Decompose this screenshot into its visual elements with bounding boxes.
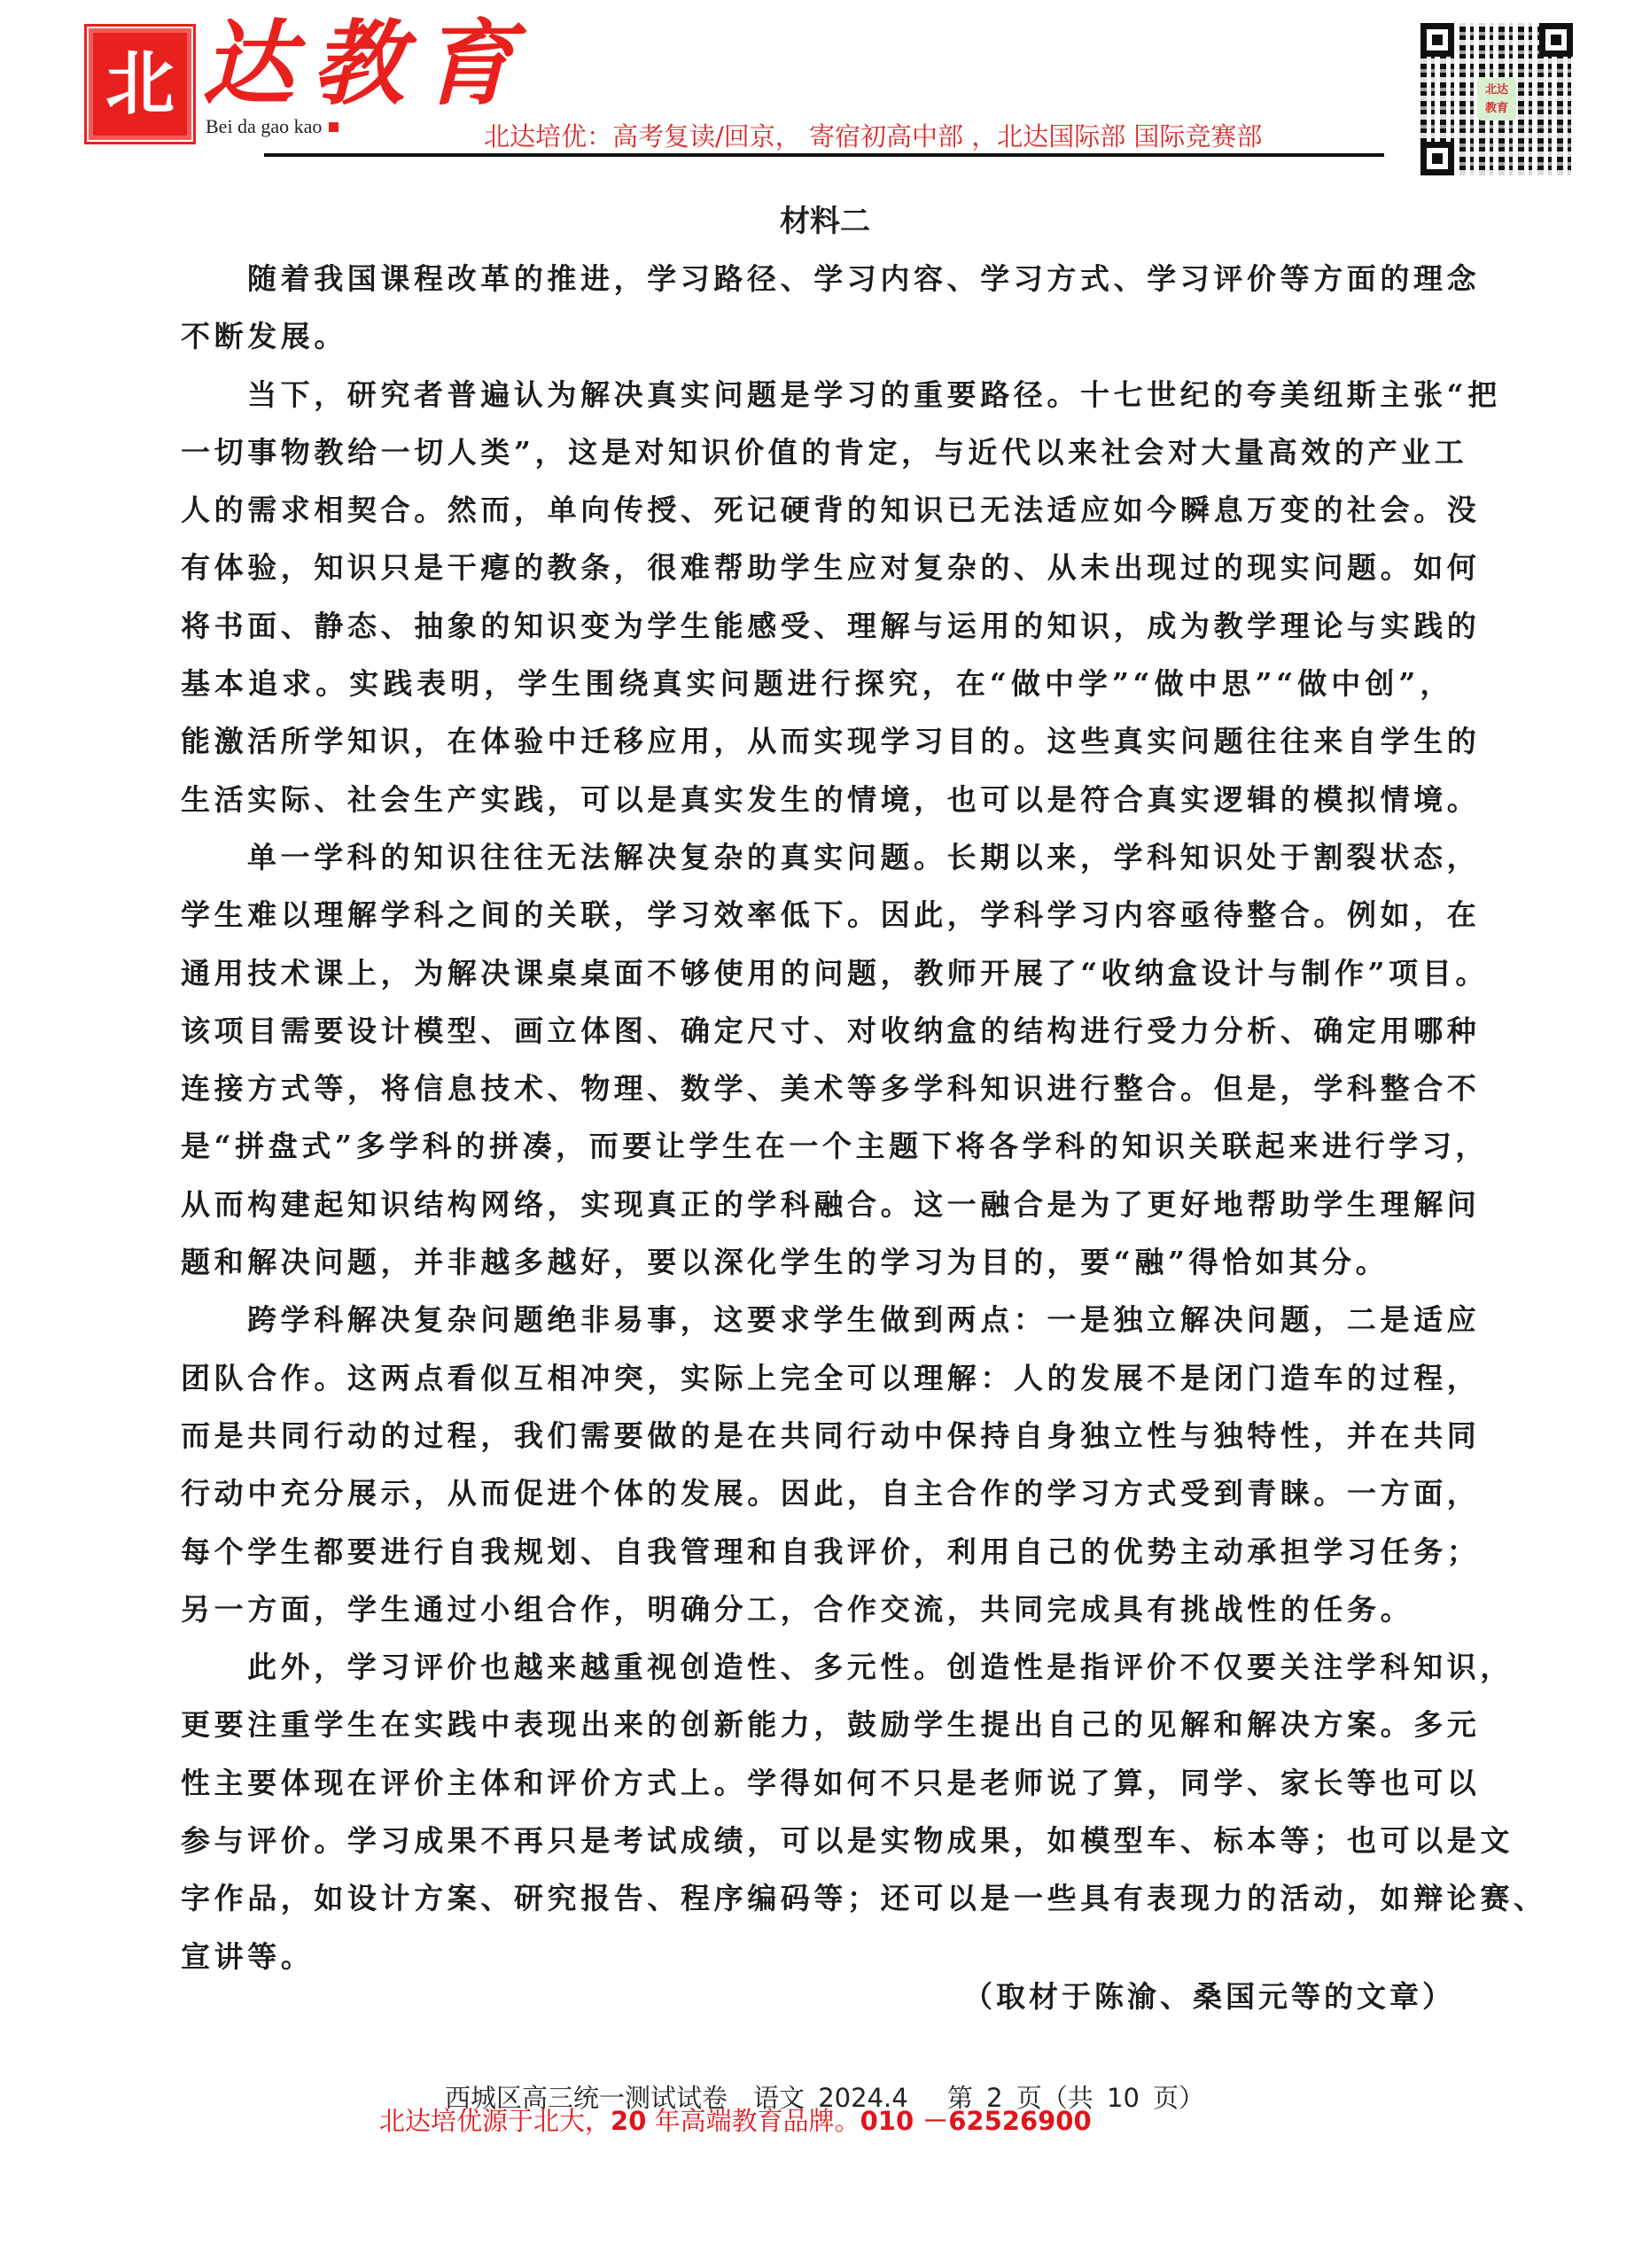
source-citation: （取材于陈渝、桑国元等的文章）	[963, 1974, 1455, 2016]
text-line: 跨学科解决复杂问题绝非易事，这要求学生做到两点：一是独立解决问题，二是适应	[181, 1291, 1453, 1348]
text-line: 性主要体现在评价主体和评价方式上。学得如何不只是老师说了算，同学、家长等也可以	[181, 1754, 1453, 1812]
text-line: 不断发展。	[181, 307, 1453, 365]
text-line: 从而构建起知识结构网络，实现真正的学科融合。这一融合是为了更好地帮助学生理解问	[181, 1176, 1453, 1233]
text-line: 学生难以理解学科之间的关联，学习效率低下。因此，学科学习内容亟待整合。例如，在	[181, 886, 1453, 944]
text-line: 团队合作。这两点看似互相冲突，实际上完全可以理解：人的发展不是闭门造车的过程，	[181, 1349, 1453, 1407]
text-line: 每个学生都要进行自我规划、自我管理和自我评价，利用自己的优势主动承担学习任务；	[181, 1523, 1453, 1581]
paragraph-4: 跨学科解决复杂问题绝非易事，这要求学生做到两点：一是独立解决问题，二是适应 团队…	[181, 1291, 1453, 1638]
promo-prefix: 北达培优源于北大，	[379, 2106, 611, 2136]
text-line: 将书面、静态、抽象的知识变为学生能感受、理解与运用的知识，成为教学理论与实践的	[181, 597, 1453, 655]
text-line: 题和解决问题，并非越多越好，要以深化学生的学习为目的，要“融”得恰如其分。	[181, 1233, 1453, 1291]
logo-seal: 北	[89, 28, 191, 140]
text-line: 行动中充分展示，从而促进个体的发展。因此，自主合作的学习方式受到青睐。一方面，	[181, 1464, 1453, 1522]
header-divider	[264, 153, 1384, 157]
qr-center-label-2: 教育	[1477, 99, 1516, 118]
text-line: 随着我国课程改革的推进，学习路径、学习内容、学习方式、学习评价等方面的理念	[181, 250, 1453, 307]
text-line: 基本追求。实践表明，学生围绕真实问题进行探究，在“做中学”“做中思”“做中创”，	[181, 655, 1453, 712]
text-line: 有体验，知识只是干瘪的教条，很难帮助学生应对复杂的、从未出现过的现实问题。如何	[181, 539, 1453, 596]
text-line: 能激活所学知识，在体验中迁移应用，从而实现学习目的。这些真实问题往往来自学生的	[181, 712, 1453, 770]
text-line: 是“拼盘式”多学科的拼凑，而要让学生在一个主题下将各学科的知识关联起来进行学习，	[181, 1117, 1453, 1175]
text-line: 通用技术课上，为解决课桌桌面不够使用的问题，教师开展了“收纳盒设计与制作”项目。	[181, 944, 1453, 1002]
text-line: 当下，研究者普遍认为解决真实问题是学习的重要路径。十七世纪的夸美纽斯主张“把	[181, 366, 1453, 423]
promo-years: 20	[611, 2106, 646, 2136]
qr-center-logo: 北达 教育	[1477, 78, 1516, 120]
qr-finder-bottom-left	[1420, 142, 1454, 175]
red-square-icon	[329, 122, 339, 132]
text-line: 参与评价。学习成果不再只是考试成绩，可以是实物成果，如模型车、标本等；也可以是文	[181, 1812, 1453, 1869]
text-line: 生活实际、社会生产实践，可以是真实发生的情境，也可以是符合真实逻辑的模拟情境。	[181, 771, 1453, 828]
text-line: 此外，学习评价也越来越重视创造性、多元性。创造性是指评价不仅要关注学科知识，	[181, 1638, 1453, 1696]
text-line: 该项目需要设计模型、画立体图、确定尺寸、对收纳盒的结构进行受力分析、确定用哪种	[181, 1002, 1453, 1060]
promo-phone: 010 －62526900	[860, 2106, 1092, 2136]
text-line: 而是共同行动的过程，我们需要做的是在共同行动中保持自身独立性与独特性，并在共同	[181, 1407, 1453, 1464]
text-line: 字作品，如设计方案、研究报告、程序编码等；还可以是一些具有表现力的活动，如辩论赛…	[181, 1869, 1453, 1927]
text-line: 另一方面，学生通过小组合作，明确分工，合作交流，共同完成具有挑战性的任务。	[181, 1581, 1453, 1638]
text-line: 连接方式等，将信息技术、物理、数学、美术等多学科知识进行整合。但是，学科整合不	[181, 1060, 1453, 1117]
logo-subtitle: Bei da gao kao	[206, 115, 339, 138]
promo-middle: 年高端教育品牌。	[646, 2106, 860, 2136]
logo-seal-char: 北	[105, 50, 175, 119]
header-tagline: 北达培优：高考复读/回京， 寄宿初高中部 ，北达国际部 国际竞赛部	[484, 117, 1262, 153]
paragraph-3: 单一学科的知识往往无法解决复杂的真实问题。长期以来，学科知识处于割裂状态， 学生…	[181, 828, 1453, 1291]
promo-banner: 北达培优源于北大，20 年高端教育品牌。010 －62526900	[379, 2101, 1092, 2138]
qr-finder-top-left	[1420, 23, 1454, 57]
text-line: 单一学科的知识往往无法解决复杂的真实问题。长期以来，学科知识处于割裂状态，	[181, 828, 1453, 886]
document-body: 随着我国课程改革的推进，学习路径、学习内容、学习方式、学习评价等方面的理念 不断…	[181, 250, 1453, 1985]
qr-code-icon: 北达 教育	[1420, 23, 1573, 175]
text-line: 人的需求相契合。然而，单向传授、死记硬背的知识已无法适应如今瞬息万变的社会。没	[181, 481, 1453, 539]
paragraph-5: 此外，学习评价也越来越重视创造性、多元性。创造性是指评价不仅要关注学科知识， 更…	[181, 1638, 1453, 1985]
paragraph-1: 随着我国课程改革的推进，学习路径、学习内容、学习方式、学习评价等方面的理念 不断…	[181, 250, 1453, 366]
text-line: 一切事物教给一切人类”，这是对知识价值的肯定，与近代以来社会对大量高效的产业工	[181, 423, 1453, 481]
material-title: 材料二	[0, 197, 1650, 240]
text-line: 更要注重学生在实践中表现出来的创新能力，鼓励学生提出自己的见解和解决方案。多元	[181, 1696, 1453, 1753]
paragraph-2: 当下，研究者普遍认为解决真实问题是学习的重要路径。十七世纪的夸美纽斯主张“把 一…	[181, 366, 1453, 828]
qr-finder-top-right	[1539, 23, 1573, 57]
qr-center-label-1: 北达	[1477, 81, 1516, 99]
logo-subtitle-text: Bei da gao kao	[206, 115, 322, 137]
logo-name: 达教育	[202, 18, 532, 110]
